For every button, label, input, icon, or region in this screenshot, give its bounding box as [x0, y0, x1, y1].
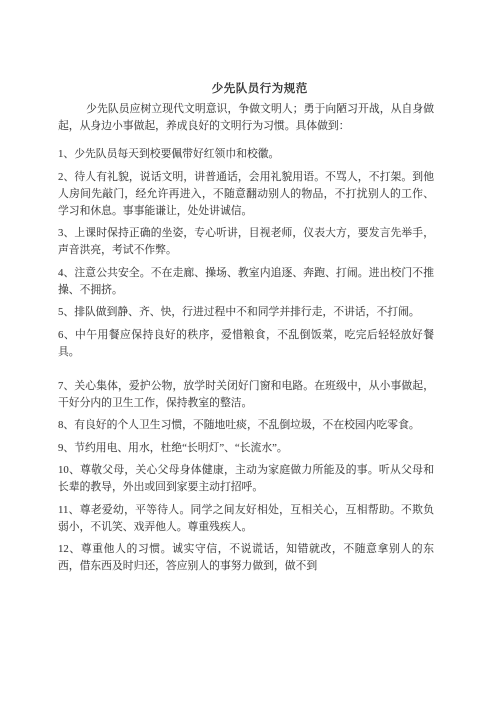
rule-item-8: 8、有良好的个人卫生习惯，不随地吐痰，不乱倒垃圾，不在校园内吃零食。 [58, 417, 434, 434]
rule-item-10: 10、尊敬父母，关心父母身体健康，主动为家庭做力所能及的事。听从父母和长辈的教导… [58, 462, 434, 496]
document-page: 少先队员行为规范 少先队员应树立现代文明意识，争做文明人；勇于向陋习开战，从自身… [0, 0, 500, 708]
rule-item-4: 4、注意公共安全。不在走廊、操场、教室内追逐、奔跑、打闹。进出校门不推操、不拥挤… [58, 265, 434, 299]
rule-item-12: 12、尊重他人的习惯。诚实守信，不说谎话，知错就改，不随意拿别人的东西，借东西及… [58, 541, 434, 575]
rule-item-7: 7、关心集体，爱护公物，放学时关闭好门窗和电路。在班级中，从小事做起，干好分内的… [58, 378, 434, 412]
rule-item-5: 5、排队做到静、齐、快，行进过程中不和同学并排行走，不讲话，不打闹。 [58, 304, 434, 321]
document-title: 少先队员行为规范 [58, 81, 434, 98]
rule-item-9: 9、节约用电、用水，杜绝“长明灯”、“长流水”。 [58, 440, 434, 457]
intro-paragraph: 少先队员应树立现代文明意识，争做文明人；勇于向陋习开战，从自身做起，从身边小事做… [58, 101, 434, 135]
rule-item-3: 3、上课时保持正确的坐姿，专心听讲，目视老师，仪表大方，要发言先举手，声音洪亮，… [58, 225, 434, 259]
rule-item-2: 2、待人有礼貌，说话文明，讲普通话，会用礼貌用语。不骂人，不打架。到他人房间先敲… [58, 169, 434, 220]
rule-item-1: 1、少先队员每天到校要佩带好红领巾和校徽。 [58, 146, 434, 163]
rule-item-6: 6、中午用餐应保持良好的秩序，爱惜粮食，不乱倒饭菜，吃完后轻轻放好餐具。 [58, 327, 434, 361]
rule-item-11: 11、尊老爱幼，平等待人。同学之间友好相处，互相关心，互相帮助。不欺负弱小，不讥… [58, 502, 434, 536]
